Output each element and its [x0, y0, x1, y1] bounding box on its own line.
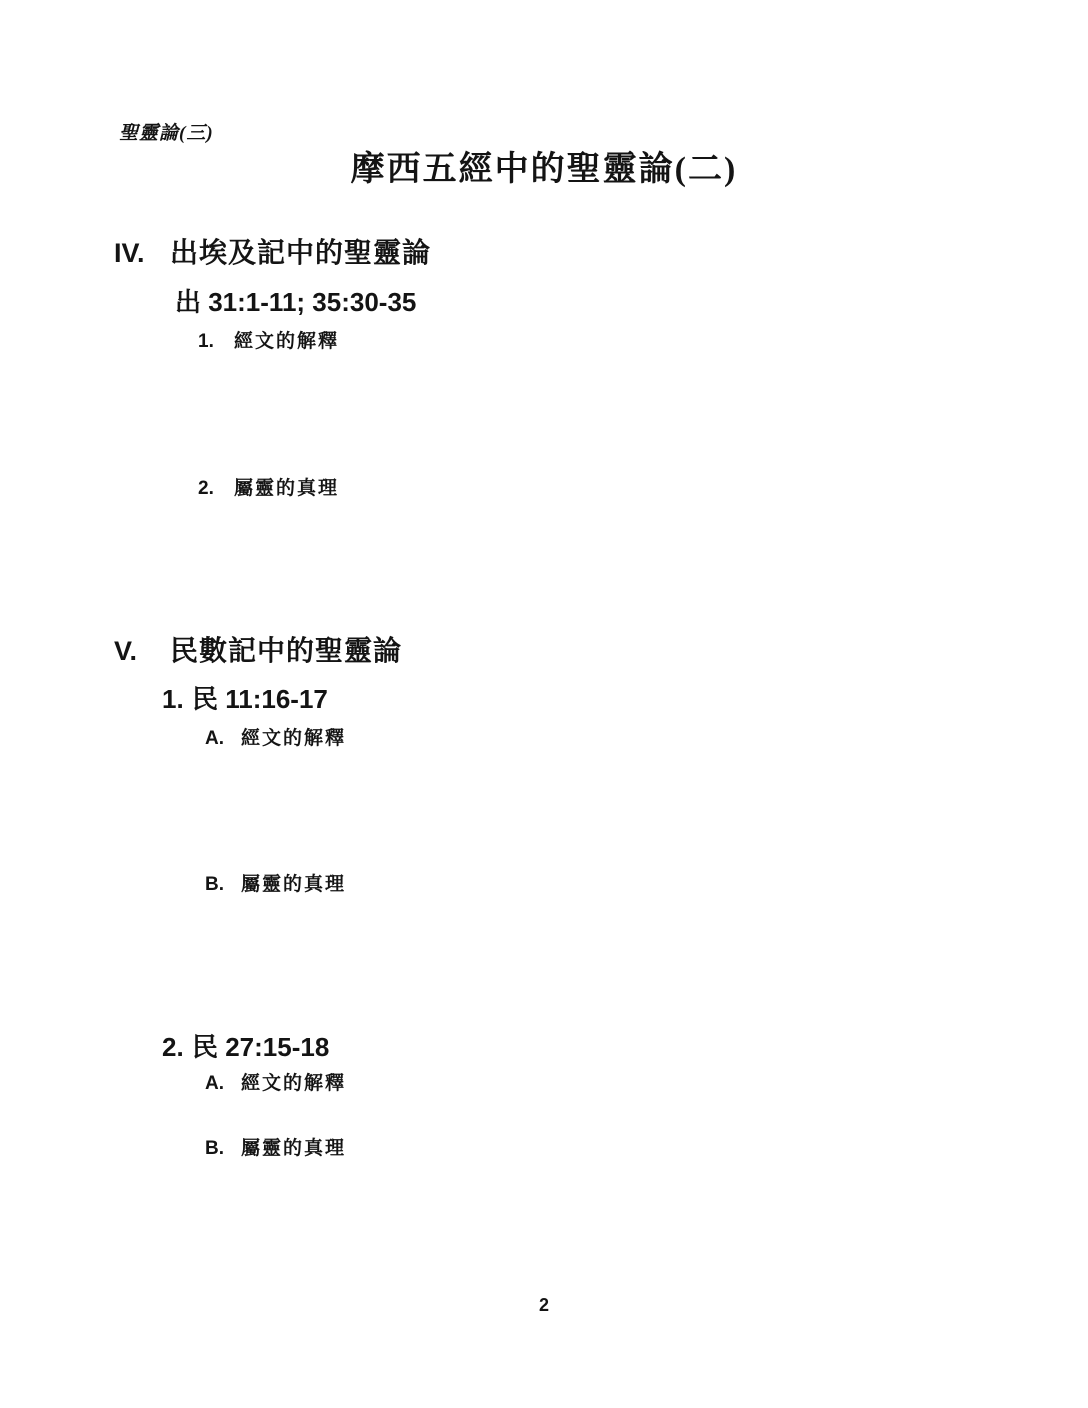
item-label: 經文的解釋 [241, 1074, 346, 1093]
section-v-title: 民數記中的聖靈論 [170, 638, 402, 666]
item-marker: A. [205, 1074, 241, 1093]
item-marker: A. [205, 729, 241, 748]
section-v-marker: V. [114, 638, 170, 665]
section-v-sub-2: 2. 民 27:15-18 [162, 1034, 329, 1060]
section-v-sub-1-item-b: B. 屬靈的真理 [205, 875, 346, 894]
page-number: 2 [0, 1296, 1088, 1314]
section-iv-scripture: 出 31:1-11; 35:30-35 [175, 289, 416, 315]
item-marker: B. [205, 1139, 241, 1158]
item-label: 屬靈的真理 [234, 479, 339, 498]
section-v-sub-2-item-b: B. 屬靈的真理 [205, 1139, 346, 1158]
section-v-sub-2-item-a: A. 經文的解釋 [205, 1074, 346, 1093]
sub-marker: 2. [162, 1034, 192, 1060]
item-label: 屬靈的真理 [241, 875, 346, 894]
section-iv-heading: IV. 出埃及記中的聖靈論 [114, 240, 431, 268]
section-iv-marker: IV. [114, 240, 170, 267]
running-header: 聖靈論(三) [119, 124, 214, 143]
document-page: 聖靈論(三) 摩西五經中的聖靈論(二) IV. 出埃及記中的聖靈論 出 31:1… [0, 0, 1088, 1408]
item-marker: B. [205, 875, 241, 894]
sub-marker: 1. [162, 686, 192, 712]
item-marker: 1. [198, 332, 234, 351]
item-label: 屬靈的真理 [241, 1139, 346, 1158]
section-iv-item-2: 2. 屬靈的真理 [198, 479, 339, 498]
sub-scripture: 民 27:15-18 [192, 1034, 329, 1060]
section-iv-item-1: 1. 經文的解釋 [198, 332, 339, 351]
section-v-heading: V. 民數記中的聖靈論 [114, 638, 402, 666]
sub-scripture: 民 11:16-17 [192, 686, 328, 712]
section-v-sub-1-item-a: A. 經文的解釋 [205, 729, 346, 748]
page-title: 摩西五經中的聖靈論(二) [0, 153, 1088, 187]
item-marker: 2. [198, 479, 234, 498]
item-label: 經文的解釋 [234, 332, 339, 351]
item-label: 經文的解釋 [241, 729, 346, 748]
section-iv-title: 出埃及記中的聖靈論 [170, 240, 431, 268]
section-v-sub-1: 1. 民 11:16-17 [162, 686, 328, 712]
